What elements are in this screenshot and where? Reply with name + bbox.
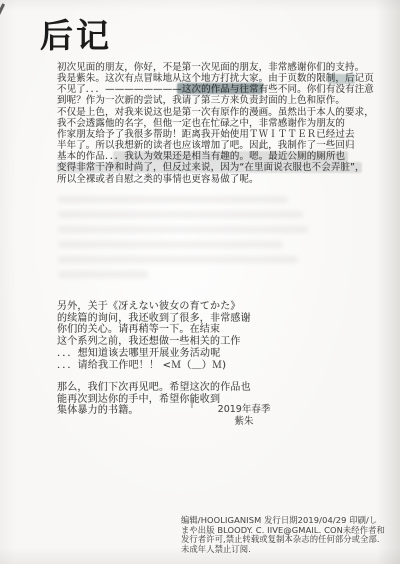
signature-date: 2019年春季 [198,404,290,416]
afterword-page: 后记 初次见面的朋友，你好，不是第一次见面的朋友，非常感谢你们的支持。 我是紫朱… [0,0,400,564]
body-line: 不仅是上色，对我来说这也是第一次有原作的漫画。虽然出于本人的要求， [57,107,374,118]
body-line: 的续篇的询问，我还收到了很多，非常感谢 [57,313,251,325]
body-line: 我是紫朱。这次有点冒昧地从这个地方打扰大家。由于页数的限制，后记页 [57,73,374,84]
body-line: 这个系列之前，我还想做一些相关的工作 [57,336,251,348]
body-line: 初次见面的朋友，你好，不是第一次见面的朋友，非常感谢你们的支持。 [57,62,374,73]
page-title: 后记 [40,10,112,57]
body-line: ．．．想知道该去哪里开展业务活动呢 [57,348,251,360]
body-line: 另外，关于《冴えない彼女の育てかた》 [57,301,251,313]
ghost-line [58,271,148,278]
afterword-paragraph-2: 另外，关于《冴えない彼女の育てかた》 的续篇的询问，我还收到了很多，非常感谢 你… [57,301,251,371]
colophon-block: 编辑/HOOLIGANISM 发行日期2019/04/29 印刷/し まや出版 … [181,516,385,554]
body-line: 变得非常干净和时尚了，但反过来说，因为“在里面说衣服也不会弄脏”， [57,162,374,173]
body-line: 半年了。所以我想新的读者也应该增加了吧。因此，我制作了一些回归 [57,140,374,151]
body-line: 基本的作品．．．我认为效果还是相当有趣的。嗯。最近公厕的厕所也 [57,151,374,162]
body-line: 所以全裸或者自慰之类的事情也更容易做了呢。 [57,174,374,185]
body-line: 那么，我们下次再见吧。希望这次的作品也 [57,382,251,394]
body-line: 不见了．．．————————这次的作品与往常有些不同。你们有没有注意 [57,84,374,95]
signature-name: 紫朱 [198,416,290,428]
body-line: 你们的关心。请再稍等一下。在结束 [57,324,251,336]
ghost-line [58,196,288,203]
signature-block: 2019年春季 紫朱 [198,404,290,427]
bleed-through-ghost-text [58,196,308,286]
body-line: 我不会透露他的名字，但他一定也在忙碌之中，非常感谢作为朋友的 [57,118,374,129]
ghost-line [58,256,298,263]
ghost-line [58,241,283,248]
ghost-line [58,226,308,233]
scan-corner-crease [0,3,5,18]
body-line: ．．．请给我工作吧！！ <Ｍ（＿）Ｍ) [57,360,251,372]
ghost-line [58,211,303,218]
body-line: 作家朋友给予了我很多帮助！距离我开始使用ＴＷＩＴＴＥＲ已经过去 [57,129,374,140]
afterword-paragraph-1: 初次见面的朋友，你好，不是第一次见面的朋友，非常感谢你们的支持。 我是紫朱。这次… [57,62,374,185]
body-line: 到呢？作为一次新的尝试，我请了第三方来负责封面的上色和原作。 [57,95,374,106]
colophon-line: 未成年人禁止订阅. [181,545,385,555]
